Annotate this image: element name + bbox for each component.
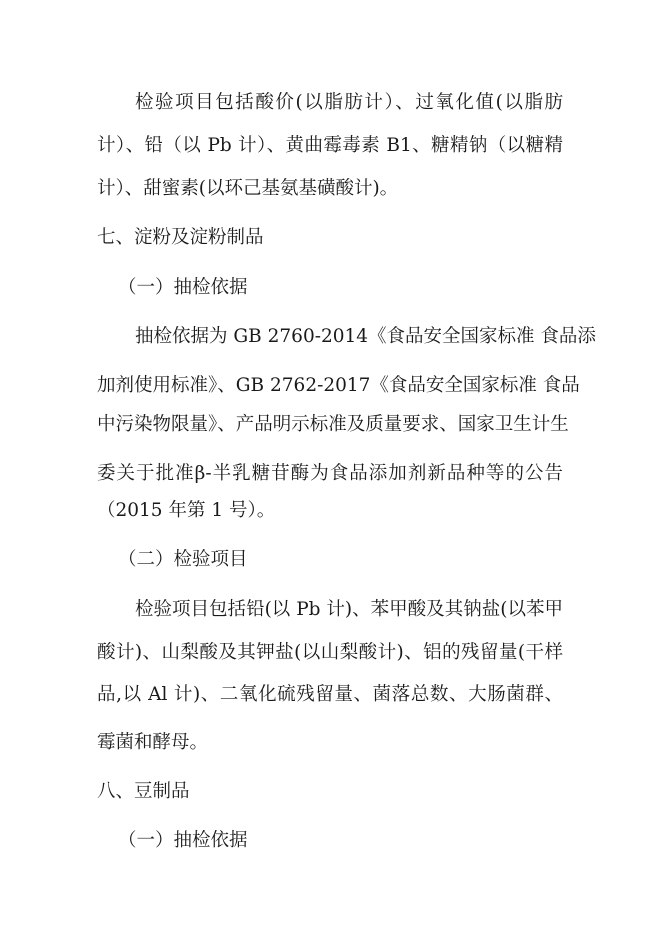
paragraph-line: 品,以 Al 计)、二氧化硫残留量、菌落总数、大肠菌群、 (97, 682, 563, 708)
section-heading: 七、淀粉及淀粉制品 (97, 225, 264, 251)
paragraph-line: 计）、甜蜜素(以环己基氨基磺酸计)。 (97, 176, 563, 202)
paragraph-line: 检验项目包括酸价(以脂肪计）、过氧化值(以脂肪 (135, 90, 563, 116)
paragraph-line: 检验项目包括铅(以 Pb 计)、苯甲酸及其钠盐(以苯甲 (135, 597, 563, 623)
paragraph-line: 计）、铅（以 Pb 计）、黄曲霉毒素 B1、糖精钠（以糖精 (97, 133, 563, 159)
subsection-heading: （二）检验项目 (118, 547, 248, 573)
paragraph-line: （2015 年第 1 号）。 (97, 498, 563, 524)
subsection-heading: （一）抽检依据 (118, 828, 248, 854)
paragraph-line: 抽检依据为 GB 2760-2014《食品安全国家标准 食品添 (135, 324, 563, 350)
section-heading: 八、豆制品 (97, 779, 190, 805)
paragraph-line: 霉菌和酵母。 (97, 730, 563, 756)
paragraph-line: 委关于批准β-半乳糖苷酶为食品添加剂新品种等的公告 (97, 461, 563, 487)
paragraph-line: 酸计)、山梨酸及其钾盐(以山梨酸计)、铝的残留量(干样 (97, 640, 563, 666)
paragraph-line: 中污染物限量》、产品明示标准及质量要求、国家卫生计生 (97, 412, 563, 438)
paragraph-line: 加剂使用标准》、GB 2762-2017《食品安全国家标准 食品 (97, 373, 563, 399)
subsection-heading: （一）抽检依据 (118, 275, 248, 301)
